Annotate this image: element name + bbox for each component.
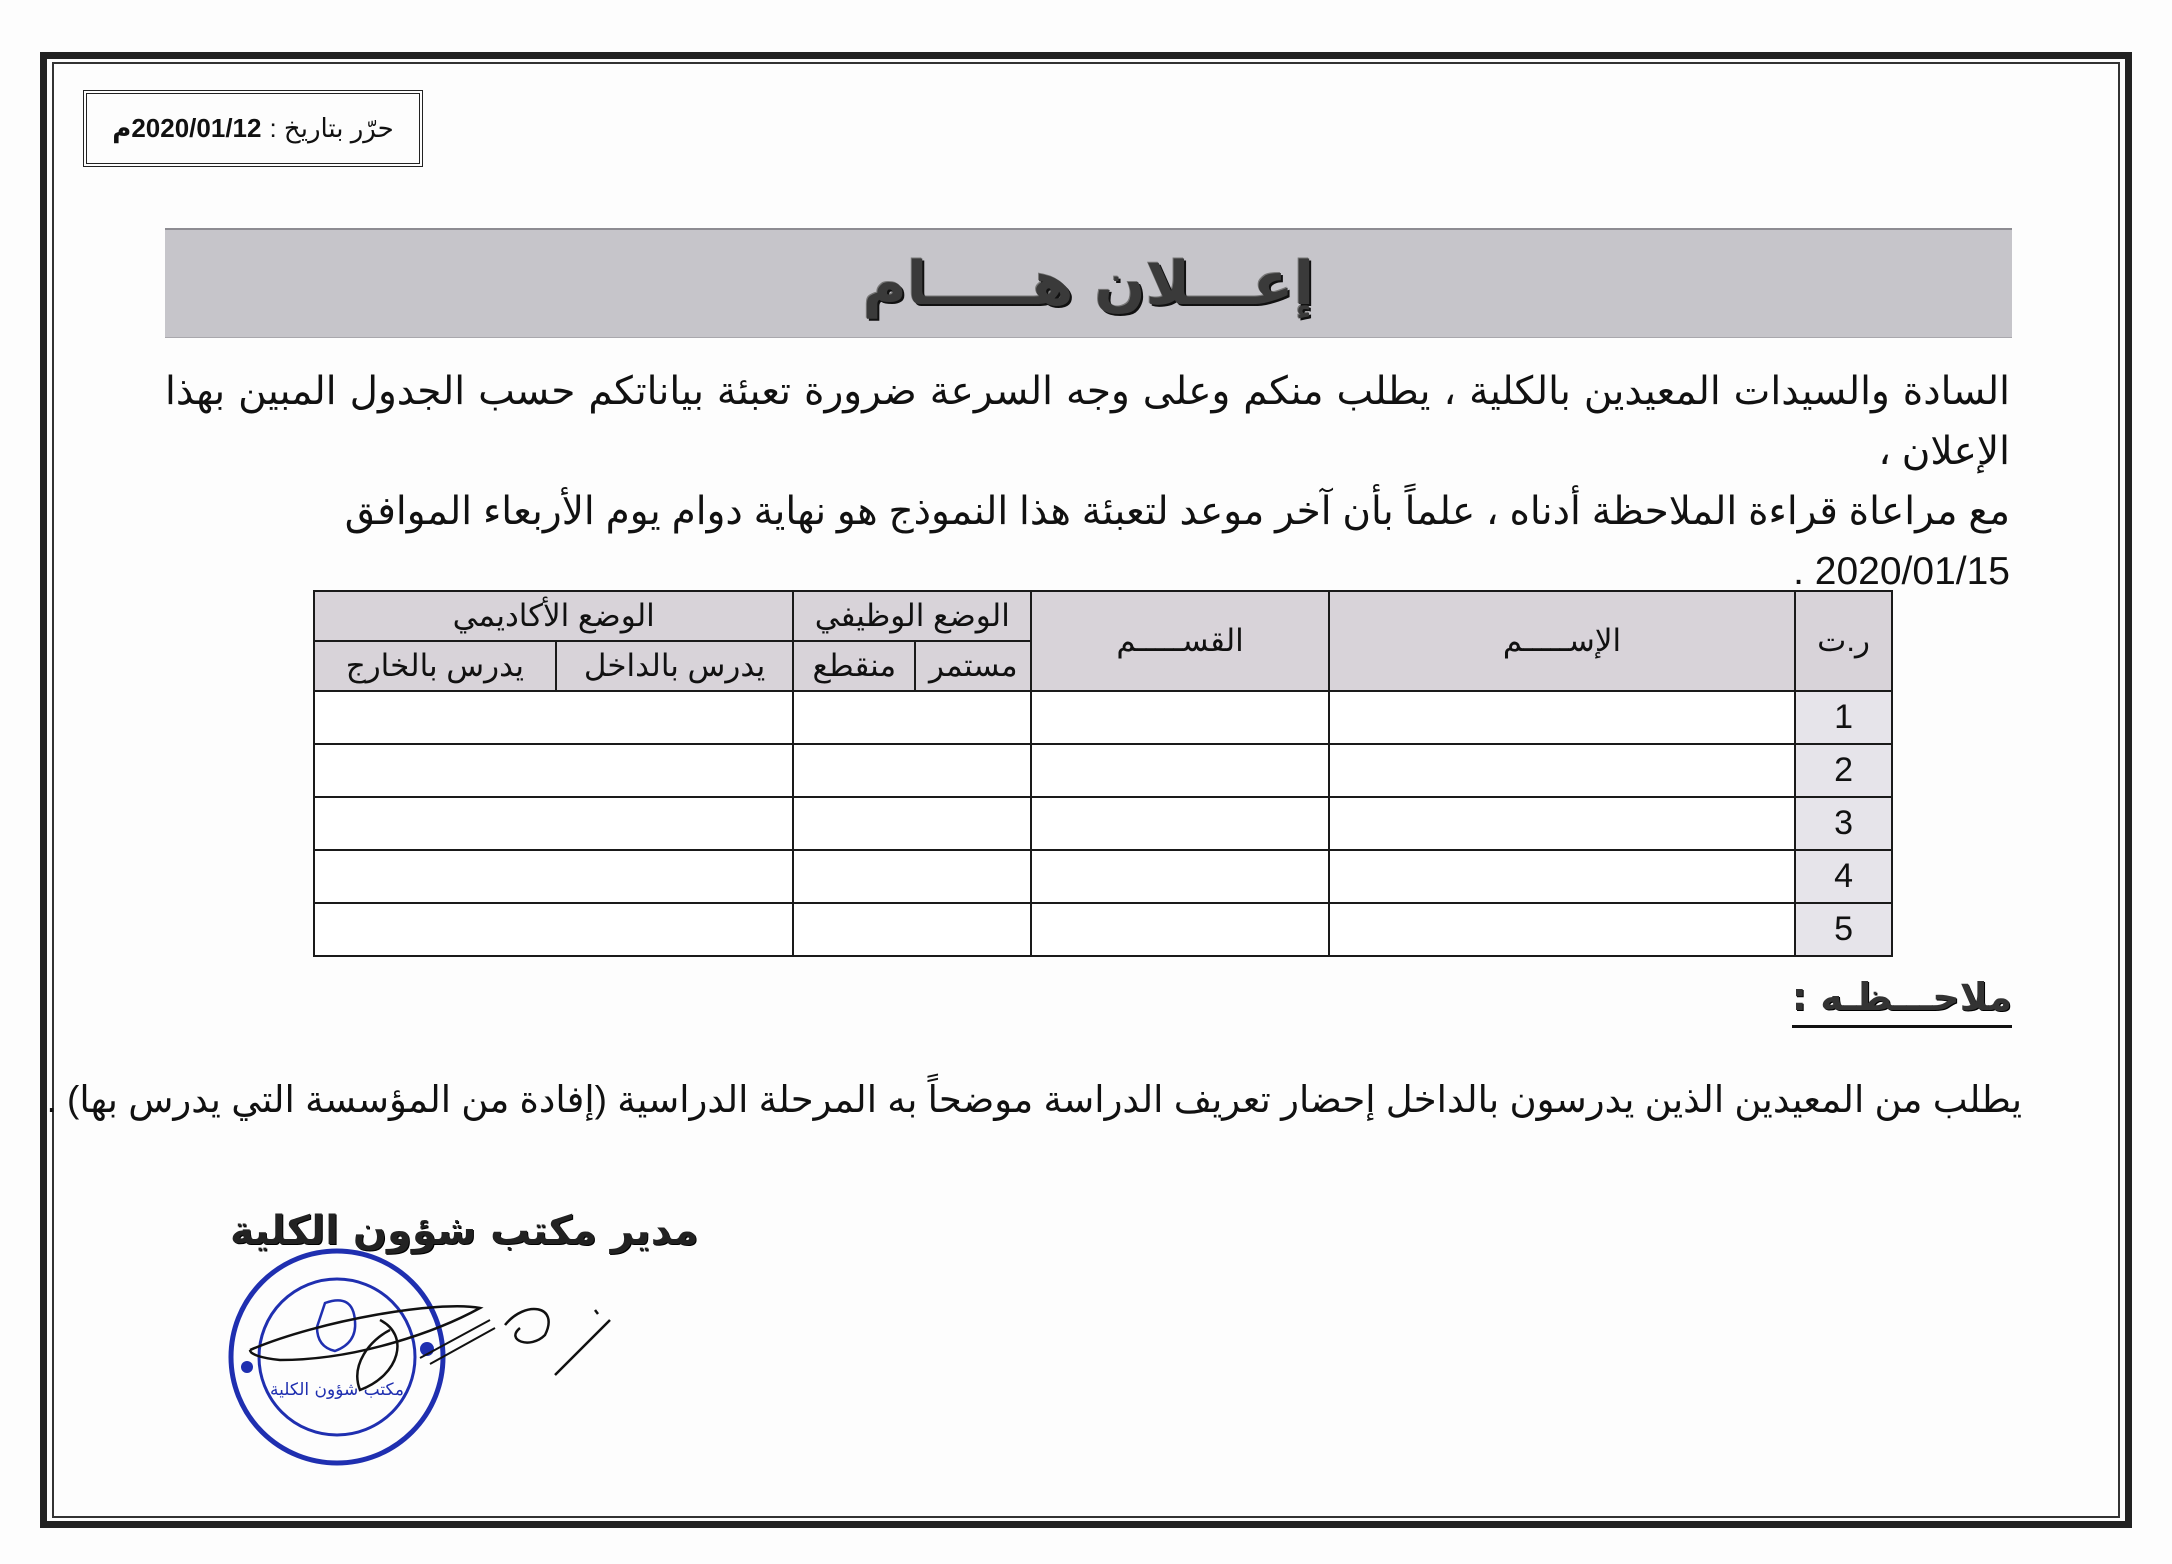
table-row: 1 <box>314 691 1892 744</box>
cell-serial: 3 <box>1795 797 1892 850</box>
cell-department[interactable] <box>1031 903 1329 956</box>
table-row: 3 <box>314 797 1892 850</box>
header-academic-status: الوضع الأكاديمي <box>314 591 793 641</box>
cell-name[interactable] <box>1329 850 1795 903</box>
header-continuing: مستمر <box>915 641 1031 691</box>
header-serial: ر.ت <box>1795 591 1892 691</box>
cell-name[interactable] <box>1329 691 1795 744</box>
announcement-body: السادة والسيدات المعيدين بالكلية ، يطلب … <box>165 362 2010 602</box>
note-text: يطلب من المعيدين الذين يدرسون بالداخل إح… <box>46 1078 2022 1121</box>
cell-academic-status[interactable] <box>314 744 793 797</box>
cell-name[interactable] <box>1329 797 1795 850</box>
cell-job-status[interactable] <box>793 744 1031 797</box>
cell-name[interactable] <box>1329 744 1795 797</box>
cell-academic-status[interactable] <box>314 797 793 850</box>
cell-name[interactable] <box>1329 903 1795 956</box>
title-banner: إعـــلان هـــــام <box>165 228 2012 338</box>
cell-academic-status[interactable] <box>314 903 793 956</box>
cell-academic-status[interactable] <box>314 850 793 903</box>
cell-job-status[interactable] <box>793 903 1031 956</box>
cell-serial: 4 <box>1795 850 1892 903</box>
issue-date-box: حرّر بتاريخ : 2020/01/12م <box>83 90 423 167</box>
body-line-2: مع مراعاة قراءة الملاحظة أدناه ، علماً ب… <box>165 482 2010 542</box>
header-job-status: الوضع الوظيفي <box>793 591 1031 641</box>
cell-job-status[interactable] <box>793 797 1031 850</box>
header-department: القســـــم <box>1031 591 1329 691</box>
header-studying-abroad: يدرس بالخارج <box>314 641 556 691</box>
cell-department[interactable] <box>1031 850 1329 903</box>
cell-job-status[interactable] <box>793 850 1031 903</box>
data-entry-table: ر.ت الإســـــم القســـــم الوضع الوظيفي … <box>313 590 1893 957</box>
cell-serial: 5 <box>1795 903 1892 956</box>
issue-date-value: 2020/01/12م <box>112 113 261 144</box>
table-row: 4 <box>314 850 1892 903</box>
cell-academic-status[interactable] <box>314 691 793 744</box>
page-title: إعـــلان هـــــام <box>863 249 1314 319</box>
table-row: 5 <box>314 903 1892 956</box>
header-name: الإســـــم <box>1329 591 1795 691</box>
cell-department[interactable] <box>1031 744 1329 797</box>
issue-date-label: حرّر بتاريخ : <box>269 113 393 144</box>
cell-department[interactable] <box>1031 691 1329 744</box>
handwritten-signature-icon <box>240 1280 620 1400</box>
body-line-1: السادة والسيدات المعيدين بالكلية ، يطلب … <box>165 362 2010 482</box>
header-interrupted: منقطع <box>793 641 915 691</box>
header-studying-inside: يدرس بالداخل <box>556 641 794 691</box>
cell-job-status[interactable] <box>793 691 1031 744</box>
cell-serial: 1 <box>1795 691 1892 744</box>
cell-department[interactable] <box>1031 797 1329 850</box>
cell-serial: 2 <box>1795 744 1892 797</box>
note-heading: ملاحـــظـه : <box>1792 975 2012 1028</box>
table-row: 2 <box>314 744 1892 797</box>
